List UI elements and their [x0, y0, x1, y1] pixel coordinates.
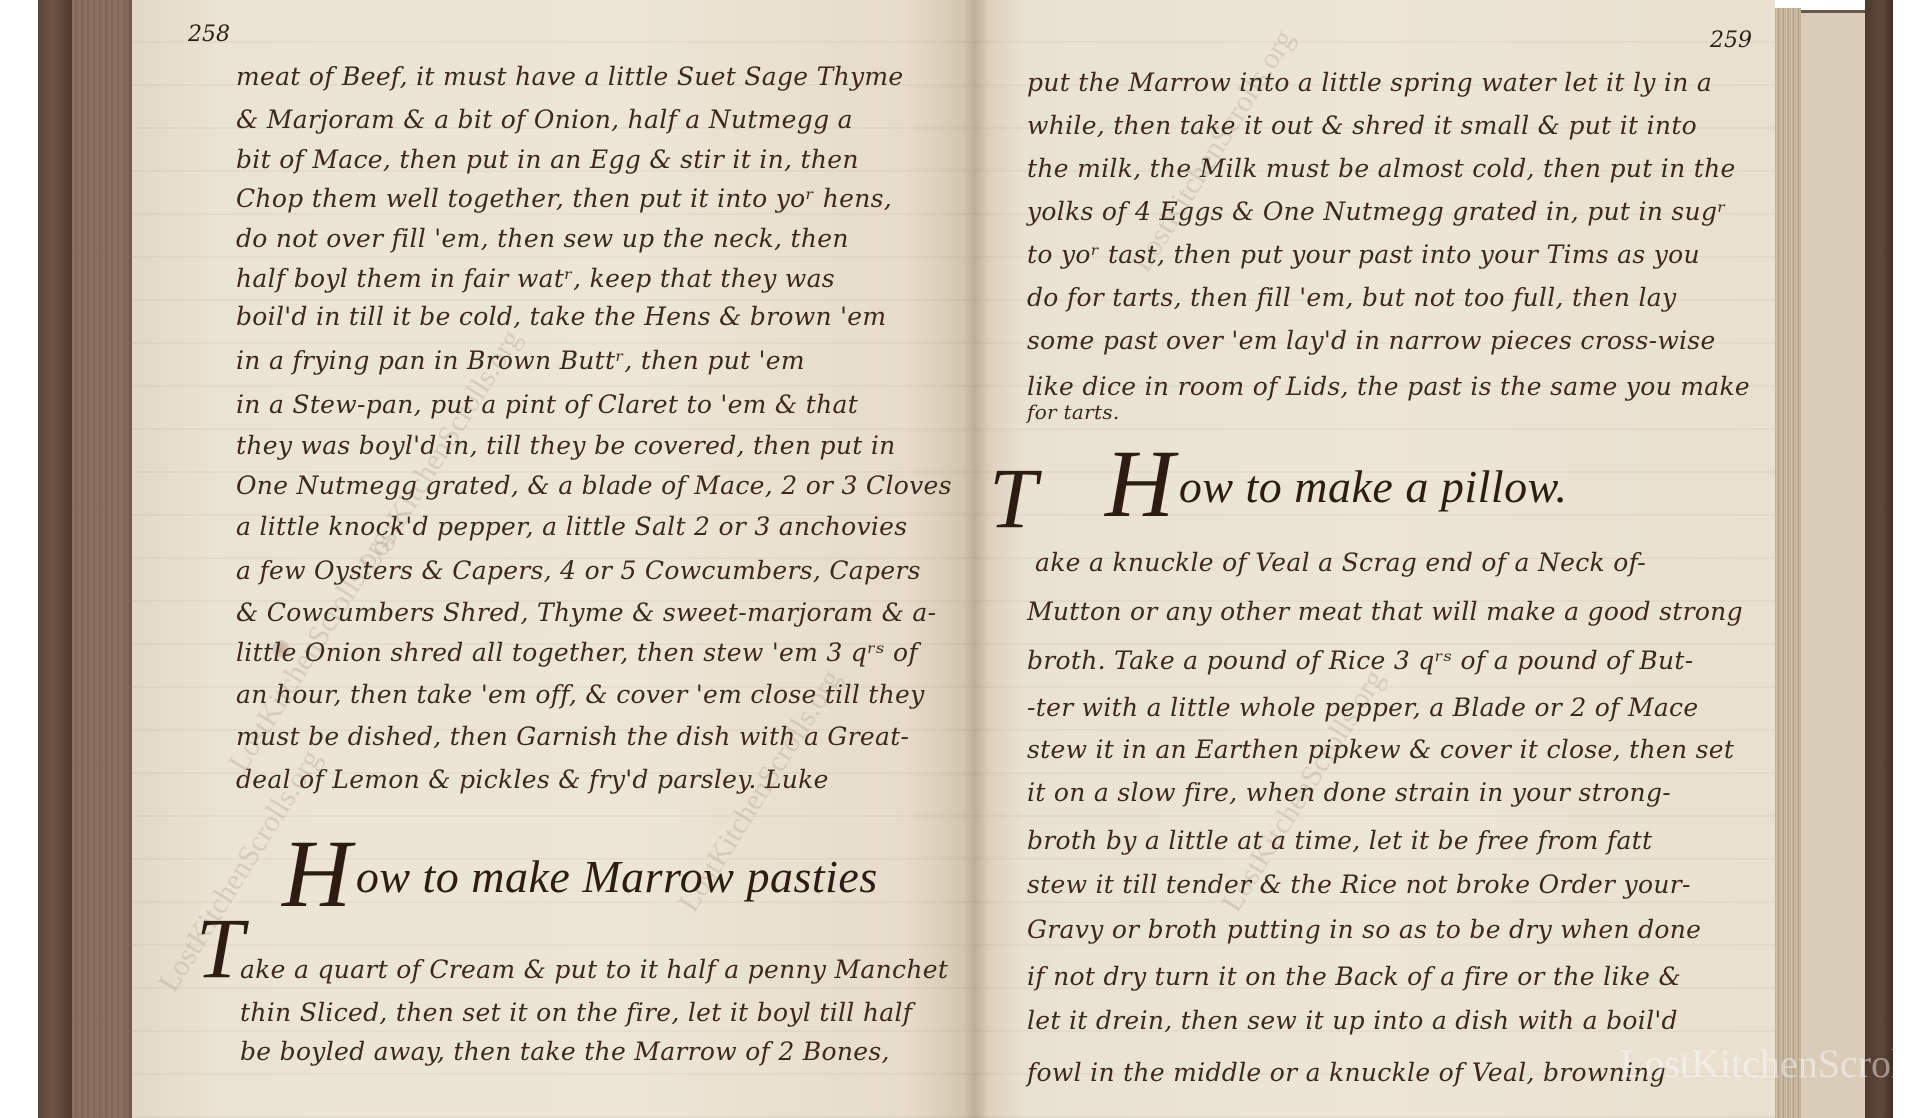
watermark-footer: LostKitchenScrolls.org [1620, 1040, 1920, 1087]
page-edges-right [1775, 8, 1801, 1118]
text-line: little Onion shred all together, then st… [236, 638, 918, 667]
text-line: in a frying pan in Brown Buttʳ, then put… [236, 346, 805, 375]
drop-cap: T [196, 898, 244, 998]
book-cover-left [38, 0, 72, 1118]
text-line: a few Oysters & Capers, 4 or 5 Cowcumber… [236, 556, 921, 585]
page-edges-left [72, 0, 132, 1118]
text-line: while, then take it out & shred it small… [1027, 111, 1697, 140]
text-line: ake a knuckle of Veal a Scrag end of a N… [1035, 548, 1646, 577]
heading-text: ow to make a pillow. [1179, 461, 1568, 512]
text-line: do for tarts, then fill 'em, but not too… [1027, 283, 1676, 312]
text-line: put the Marrow into a little spring wate… [1027, 68, 1712, 97]
text-line: -ter with a little whole pepper, a Blade… [1027, 693, 1698, 722]
text-line: the milk, the Milk must be almost cold, … [1027, 154, 1736, 183]
text-line: half boyl them in fair watʳ, keep that t… [236, 264, 835, 293]
drop-cap: T [989, 448, 1037, 548]
text-line: & Marjoram & a bit of Onion, half a Nutm… [236, 105, 853, 134]
recipe-heading: How to make Marrow pasties [282, 818, 878, 929]
text-line: broth. Take a pound of Rice 3 qʳˢ of a p… [1027, 646, 1693, 675]
recipe-heading: How to make a pillow. [1105, 428, 1567, 539]
heading-initial: H [1105, 430, 1175, 537]
text-line: Mutton or any other meat that will make … [1027, 597, 1743, 626]
page-number: 259 [1710, 28, 1752, 53]
text-line: Chop them well together, then put it int… [236, 184, 892, 213]
text-line: deal of Lemon & pickles & fry'd parsley.… [236, 765, 829, 794]
right-page: LostKitchenScrolls.org LostKitchenScroll… [975, 0, 1775, 1118]
text-line: for tarts. [1027, 400, 1120, 424]
text-line: some past over 'em lay'd in narrow piece… [1027, 326, 1716, 355]
book-cover-right [1865, 0, 1893, 1118]
text-line: fowl in the middle or a knuckle of Veal,… [1027, 1058, 1666, 1087]
text-line: they was boyl'd in, till they be covered… [236, 431, 896, 460]
text-line: broth by a little at a time, let it be f… [1027, 826, 1652, 855]
text-line: must be dished, then Garnish the dish wi… [236, 722, 909, 751]
text-line: stew it till tender & the Rice not broke… [1027, 870, 1691, 899]
text-line: it on a slow fire, when done strain in y… [1027, 778, 1671, 807]
book-gutter [963, 0, 989, 1118]
heading-text: ow to make Marrow pasties [356, 851, 878, 902]
text-line: in a Stew-pan, put a pint of Claret to '… [236, 390, 858, 419]
text-line: bit of Mace, then put in an Egg & stir i… [236, 145, 859, 174]
text-line: let it drein, then sew it up into a dish… [1027, 1006, 1678, 1035]
text-line: to yoʳ tast, then put your past into you… [1027, 240, 1700, 269]
text-line: if not dry turn it on the Back of a fire… [1027, 962, 1681, 991]
text-line: do not over fill 'em, then sew up the ne… [236, 224, 849, 253]
text-line: thin Sliced, then set it on the fire, le… [240, 998, 912, 1027]
text-line: One Nutmegg grated, & a blade of Mace, 2… [236, 471, 952, 500]
text-line: meat of Beef, it must have a little Suet… [236, 62, 904, 91]
open-book: LostKitchenScrolls.org LostKitchenScroll… [38, 0, 1893, 1118]
text-line: & Cowcumbers Shred, Thyme & sweet-marjor… [236, 598, 936, 627]
text-line: a little knock'd pepper, a little Salt 2… [236, 512, 907, 541]
heading-initial: H [282, 820, 352, 927]
text-line: stew it in an Earthen pipkew & cover it … [1027, 735, 1734, 764]
book-board-right [1801, 10, 1865, 1118]
text-line: be boyled away, then take the Marrow of … [240, 1037, 890, 1066]
text-line: Gravy or broth putting in so as to be dr… [1027, 915, 1701, 944]
text-line: boil'd in till it be cold, take the Hens… [236, 302, 886, 331]
text-line: like dice in room of Lids, the past is t… [1027, 372, 1750, 401]
text-line: ake a quart of Cream & put to it half a … [240, 955, 948, 984]
text-line: yolks of 4 Eggs & One Nutmegg grated in,… [1027, 197, 1726, 226]
page-number: 258 [188, 22, 230, 47]
text-line: an hour, then take 'em off, & cover 'em … [236, 680, 925, 709]
left-page: LostKitchenScrolls.org LostKitchenScroll… [132, 0, 975, 1118]
